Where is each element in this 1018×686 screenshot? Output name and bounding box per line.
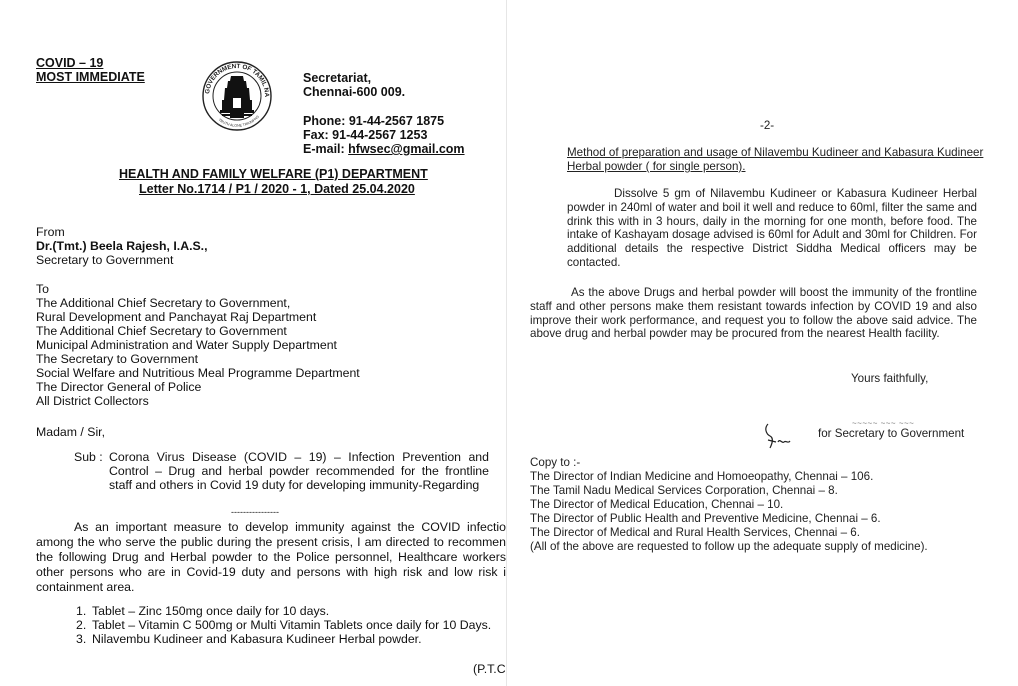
method-heading: Method of preparation and usage of Nilav… (567, 146, 983, 160)
letter-page-1: COVID – 19 MOST IMMEDIATE GOVERNMENT OF … (0, 0, 506, 686)
recipient-line: The Additional Chief Secretary to Govern… (36, 296, 290, 310)
page-number: -2- (760, 119, 774, 133)
address-line-2: Chennai-600 009. (303, 85, 405, 100)
copy-to-item: The Tamil Nadu Medical Services Corporat… (530, 484, 838, 498)
sender-name: Dr.(Tmt.) Beela Rajesh, I.A.S., (36, 239, 208, 253)
letter-number: Letter No.1714 / P1 / 2020 - 1, Dated 25… (139, 182, 415, 197)
recipient-line: The Additional Chief Secretary to Govern… (36, 324, 287, 338)
body-line: other persons who are in Covid-19 duty a… (36, 565, 506, 579)
subject-line: Corona Virus Disease (COVID – 19) – Infe… (109, 450, 489, 464)
address-line-1: Secretariat, (303, 71, 371, 86)
signatory: for Secretary to Government (818, 427, 964, 441)
covid-tag: COVID – 19 (36, 56, 103, 71)
recipient-line: The Director General of Police (36, 380, 201, 394)
from-label: From (36, 225, 65, 239)
copy-to-item: The Director of Indian Medicine and Homo… (530, 470, 873, 484)
email-line: E-mail: hfwsec@gmail.com (303, 142, 465, 157)
body-line: among the who serve the public during th… (36, 535, 506, 549)
subject-label: Sub : (74, 450, 103, 464)
recipient-line: Social Welfare and Nutritious Meal Progr… (36, 366, 360, 380)
handwritten-signature-icon (762, 420, 802, 450)
subject-line: Control – Drug and herbal powder recomme… (109, 464, 489, 478)
benefit-paragraph: As the above Drugs and herbal powder wil… (530, 286, 977, 341)
medication-list: 1.Tablet – Zinc 150mg once daily for 10 … (76, 604, 491, 646)
to-label: To (36, 282, 49, 296)
copy-to-item: The Director of Public Health and Preven… (530, 512, 881, 526)
copy-to-label: Copy to :- (530, 456, 580, 470)
body-line: As an important measure to develop immun… (74, 520, 506, 534)
recipient-line: The Secretary to Government (36, 352, 198, 366)
body-line: the following Drug and Herbal powder to … (36, 550, 506, 564)
separator: ---------------- (231, 505, 279, 519)
recipient-line: Municipal Administration and Water Suppl… (36, 338, 337, 352)
list-item: 2.Tablet – Vitamin C 500mg or Multi Vita… (76, 618, 491, 632)
please-turn-over: (P.T.C (473, 662, 506, 676)
subject-line: staff and others in Covid 19 duty for de… (109, 478, 479, 492)
letter-page-2 (506, 0, 1018, 686)
closing: Yours faithfully, (851, 372, 928, 386)
department-heading: HEALTH AND FAMILY WELFARE (P1) DEPARTMEN… (119, 167, 428, 182)
preparation-paragraph: Dissolve 5 gm of Nilavembu Kudineer or K… (567, 187, 977, 270)
list-item: 1.Tablet – Zinc 150mg once daily for 10 … (76, 604, 491, 618)
salutation: Madam / Sir, (36, 425, 105, 439)
tamil-nadu-government-emblem-icon: GOVERNMENT OF TAMIL NADU TRUTH ALONE TRI… (198, 58, 276, 136)
copy-to-item: The Director of Medical Education, Chenn… (530, 498, 783, 512)
method-heading-cont: Herbal powder ( for single person). (567, 160, 746, 174)
email-label: E-mail: (303, 142, 348, 156)
copy-to-item: The Director of Medical and Rural Health… (530, 526, 860, 540)
email-link[interactable]: hfwsec@gmail.com (348, 142, 464, 156)
sender-title: Secretary to Government (36, 253, 173, 267)
priority-tag: MOST IMMEDIATE (36, 70, 145, 85)
list-item: 3.Nilavembu Kudineer and Kabasura Kudine… (76, 632, 491, 646)
phone-number: Phone: 91-44-2567 1875 (303, 114, 444, 129)
recipient-line: Rural Development and Panchayat Raj Depa… (36, 310, 316, 324)
recipient-line: All District Collectors (36, 394, 149, 408)
body-line: containment area. (36, 580, 134, 594)
fax-number: Fax: 91-44-2567 1253 (303, 128, 427, 143)
copy-to-item: (All of the above are requested to follo… (530, 540, 928, 554)
